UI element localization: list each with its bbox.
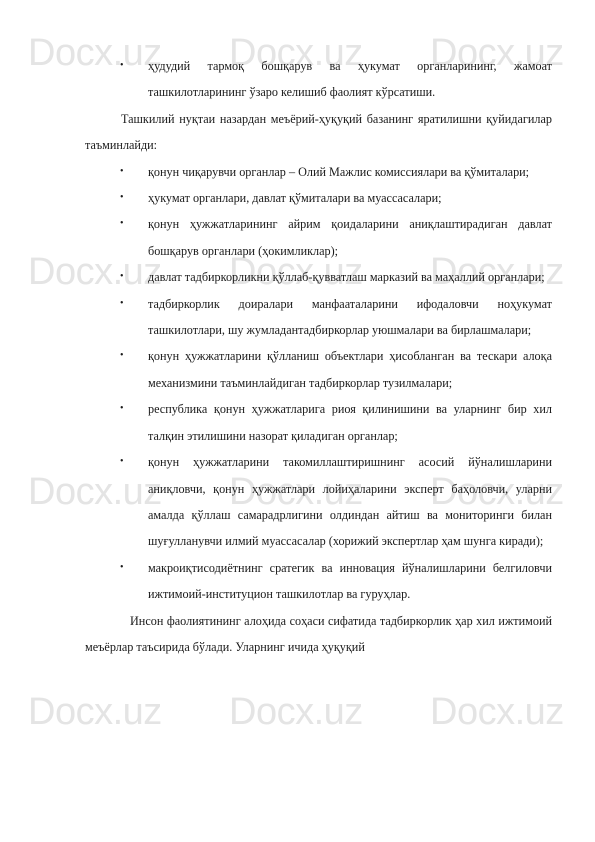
document-body: • ҳудудий тармоқ бошқарув ва ҳукумат орг… [85,53,552,660]
paragraph: Ташкилий нуқтаи назардан меъёрий-ҳуқуқий… [85,106,552,159]
bullet-icon: • [120,211,130,237]
bullet-icon: • [120,555,130,581]
list-item-text: ҳудудий тармоқ бошқарув ва ҳукумат орган… [148,59,552,99]
document-page: Docx.uz Docx.uz Docx.uz Docx.uz Docx.uz … [0,0,595,842]
list-item: • ҳукумат органлари, давлат қўмиталари в… [85,185,552,211]
bullet-icon: • [120,343,130,369]
list-item: • қонун ҳужжатларини такомиллаштиришнинг… [85,449,552,555]
watermark-text: Docx.uz [229,692,363,732]
watermark-text: Docx.uz [28,692,162,732]
bullet-icon: • [120,449,130,475]
list-item-text: қонун чиқарувчи органлар – Олий Мажлис к… [148,165,529,179]
watermark-text: Docx.uz [430,692,564,732]
list-item-text: қонун ҳужжатларининг айрим қоидаларини а… [148,217,552,257]
list-item-text: ҳукумат органлари, давлат қўмиталари ва … [148,191,441,205]
bullet-icon: • [120,159,130,185]
list-item-text: қонун ҳужжатларини такомиллаштиришнинг а… [148,455,552,548]
list-item: • давлат тадбиркорликни қўллаб-қувватлаш… [85,264,552,290]
list-item-text: қонун ҳужжатларини қўлланиш объектлари ҳ… [148,349,552,389]
list-item-text: республика қонун ҳужжатларига риоя қилин… [148,402,552,442]
watermark-row: Docx.uz Docx.uz Docx.uz [0,692,595,732]
bullet-icon: • [120,396,130,422]
list-item: • қонун чиқарувчи органлар – Олий Мажлис… [85,159,552,185]
bullet-icon: • [120,185,130,211]
list-item: • макроиқтисодиётнинг сратегик ва иннова… [85,555,552,608]
paragraph: Инсон фаолиятининг алоҳида соҳаси сифати… [85,608,552,661]
list-item: • қонун ҳужжатларининг айрим қоидаларини… [85,211,552,264]
list-item: • қонун ҳужжатларини қўлланиш объектлари… [85,343,552,396]
list-item: • республика қонун ҳужжатларига риоя қил… [85,396,552,449]
bullet-icon: • [120,264,130,290]
list-item: • тадбиркорлик доиралари манфааталарини … [85,291,552,344]
list-item-text: макроиқтисодиётнинг сратегик ва инноваци… [148,561,552,601]
list-item-text: тадбиркорлик доиралари манфааталарини иф… [148,297,552,337]
list-item-text: давлат тадбиркорликни қўллаб-қувватлаш м… [148,270,545,284]
list-item: • ҳудудий тармоқ бошқарув ва ҳукумат орг… [85,53,552,106]
bullet-icon: • [120,291,130,317]
bullet-icon: • [120,53,130,79]
